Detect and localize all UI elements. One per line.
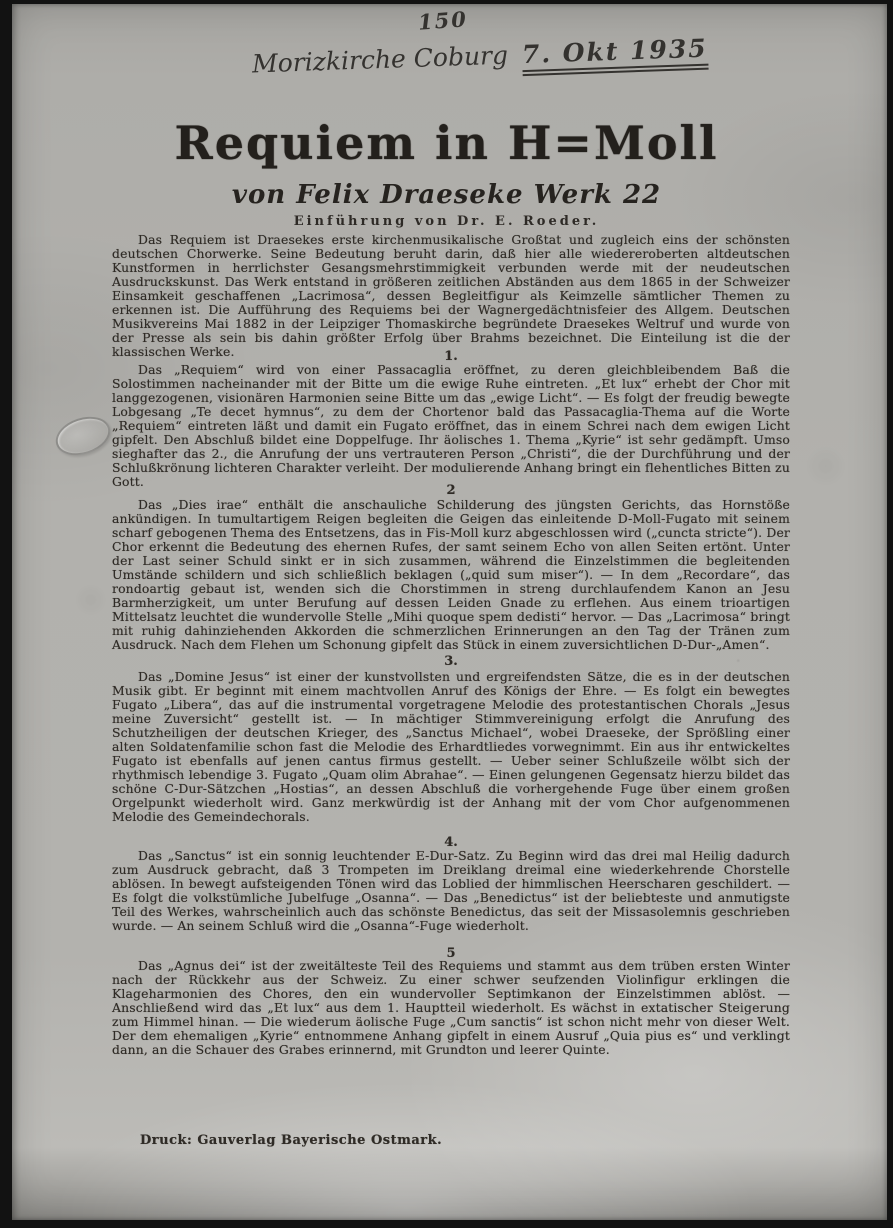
byline: Einführung von Dr. E. Roeder. xyxy=(0,214,893,229)
section-5-paragraph: Das „Agnus dei“ ist der zweitälteste Tei… xyxy=(112,959,790,1057)
document-title: Requiem in H=Moll xyxy=(0,116,893,170)
section-2-paragraph: Das „Dies irae“ enthält die anschauliche… xyxy=(112,498,790,652)
section-4-paragraph: Das „Sanctus“ ist ein sonnig leuchtender… xyxy=(112,849,790,933)
imprint-line: Druck: Gauverlag Bayerische Ostmark. xyxy=(140,1133,442,1148)
intro-paragraph: Das Requiem ist Draesekes erste kirchenm… xyxy=(112,233,790,359)
embossed-stamp-mark xyxy=(51,410,115,462)
handwritten-page-number: 150 xyxy=(417,6,468,34)
handwritten-date: 7. Okt 1935 xyxy=(521,34,708,76)
section-3-paragraph: Das „Domine Jesus“ ist einer der kunstvo… xyxy=(112,670,790,824)
section-2-number: 2 xyxy=(112,483,790,498)
section-3-number: 3. xyxy=(112,654,790,669)
section-1-paragraph: Das „Requiem“ wird von einer Passacaglia… xyxy=(112,363,790,489)
document-subtitle: von Felix Draeseke Werk 22 xyxy=(0,180,893,210)
scanned-document: { "annotations": { "page_number": "150",… xyxy=(0,0,893,1228)
